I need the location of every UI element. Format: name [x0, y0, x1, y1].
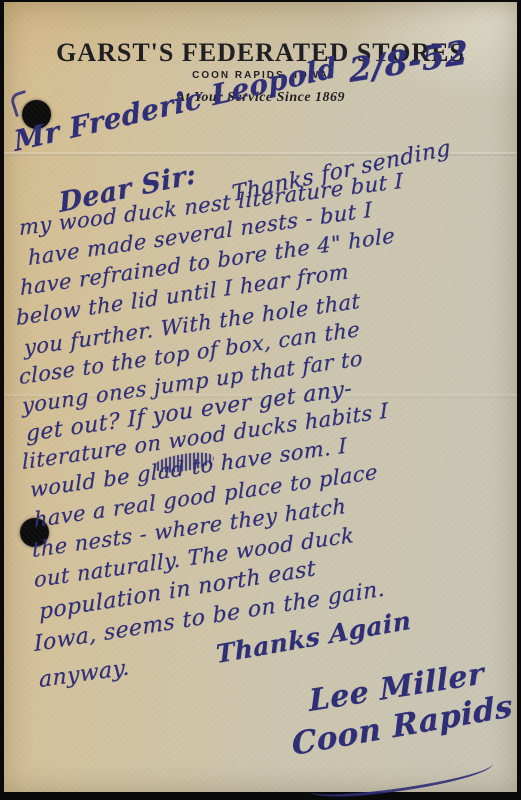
letter-paper: GARST'S FEDERATED STORES COON RAPIDS, IO…: [4, 2, 517, 792]
handwritten-line: anyway.: [39, 657, 131, 692]
scanned-letter: GARST'S FEDERATED STORES COON RAPIDS, IO…: [0, 0, 521, 800]
signature-flourish: [308, 753, 495, 800]
